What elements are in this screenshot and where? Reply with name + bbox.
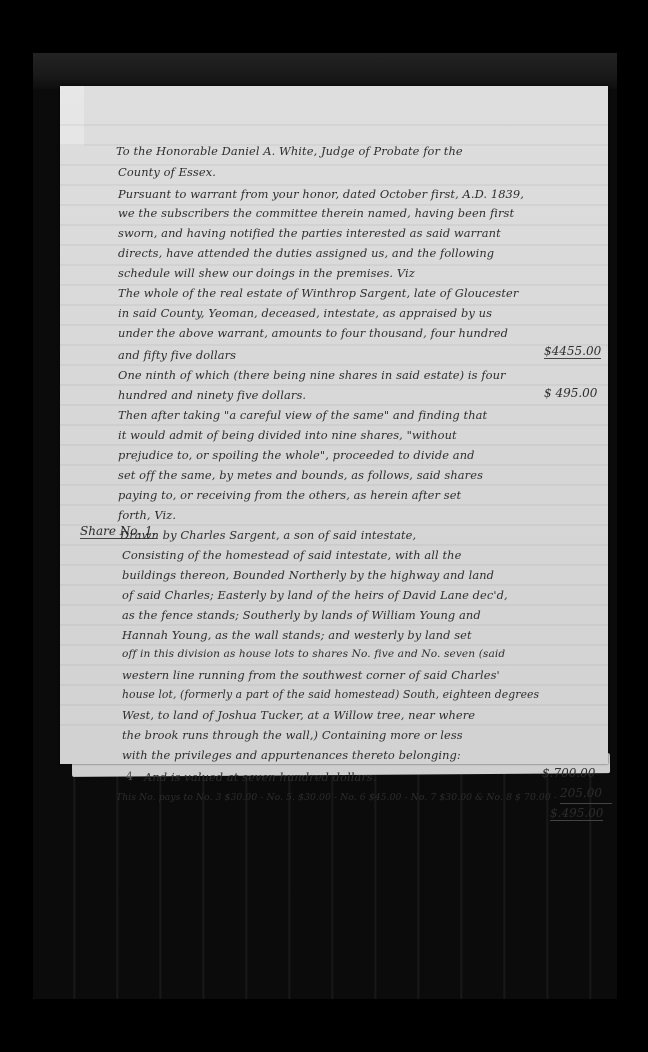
address-line-2: County of Essex. (118, 165, 216, 179)
document-page: To the Honorable Daniel A. White, Judge … (60, 86, 608, 764)
payments-line: This No. pays to No. 3 $30.00 - No. 5. $… (116, 792, 557, 803)
address-line-1: To the Honorable Daniel A. White, Judge … (116, 144, 463, 158)
body-line: buildings thereon, Bounded Northerly by … (122, 568, 494, 582)
body-line: Hannah Young, as the wall stands; and we… (122, 628, 472, 642)
body-line: forth, Viz. (118, 508, 176, 522)
body-line: as the fence stands; Southerly by lands … (122, 608, 481, 622)
body-line: West, to land of Joshua Tucker, at a Wil… (122, 708, 475, 722)
sum-rule (560, 803, 612, 804)
body-line: in said County, Yeoman, deceased, intest… (118, 306, 492, 320)
corner-mark: 4 (126, 770, 133, 783)
body-line: hundred and ninety five dollars. (118, 388, 306, 402)
estate-total-amount: $4455.00 (544, 344, 601, 359)
body-line: we the subscribers the committee therein… (118, 206, 514, 220)
body-line: with the privileges and appurtenances th… (122, 748, 461, 762)
share-value-amount: $.700.00 (542, 766, 595, 780)
body-line: of said Charles; Easterly by land of the… (122, 588, 508, 602)
body-line: under the above warrant, amounts to four… (118, 326, 508, 340)
body-line: Consisting of the homestead of said inte… (122, 548, 461, 562)
body-line: The whole of the real estate of Winthrop… (118, 286, 518, 300)
body-line: western line running from the southwest … (122, 668, 500, 682)
body-line: house lot, (formerly a part of the said … (122, 688, 539, 701)
body-line: sworn, and having notified the parties i… (118, 226, 501, 240)
net-amount: $.495.00 (550, 806, 603, 821)
body-line: paying to, or receiving from the others,… (118, 488, 461, 502)
body-line: One ninth of which (there being nine sha… (118, 368, 506, 382)
body-line: prejudice to, or spoiling the whole", pr… (118, 448, 475, 462)
scanner-backing-top (33, 53, 617, 89)
body-line: Pursuant to warrant from your honor, dat… (118, 187, 524, 201)
body-line: it would admit of being divided into nin… (118, 428, 457, 442)
body-line: and fifty five dollars (118, 348, 236, 362)
body-line: set off the same, by metes and bounds, a… (118, 468, 483, 482)
payments-total-amount: 205.00 (560, 786, 602, 800)
body-line: Then after taking "a careful view of the… (118, 408, 487, 422)
body-line: off in this division as house lots to sh… (122, 648, 505, 660)
body-line: schedule will shew our doings in the pre… (118, 266, 415, 280)
body-line: the brook runs through the wall,) Contai… (122, 728, 463, 742)
valuation-line: And is valued at seven hundred dollars. (144, 770, 377, 784)
one-ninth-amount: $ 495.00 (544, 386, 597, 400)
body-line: directs, have attended the duties assign… (118, 246, 494, 260)
body-line: Drawn by Charles Sargent, a son of said … (120, 528, 416, 542)
